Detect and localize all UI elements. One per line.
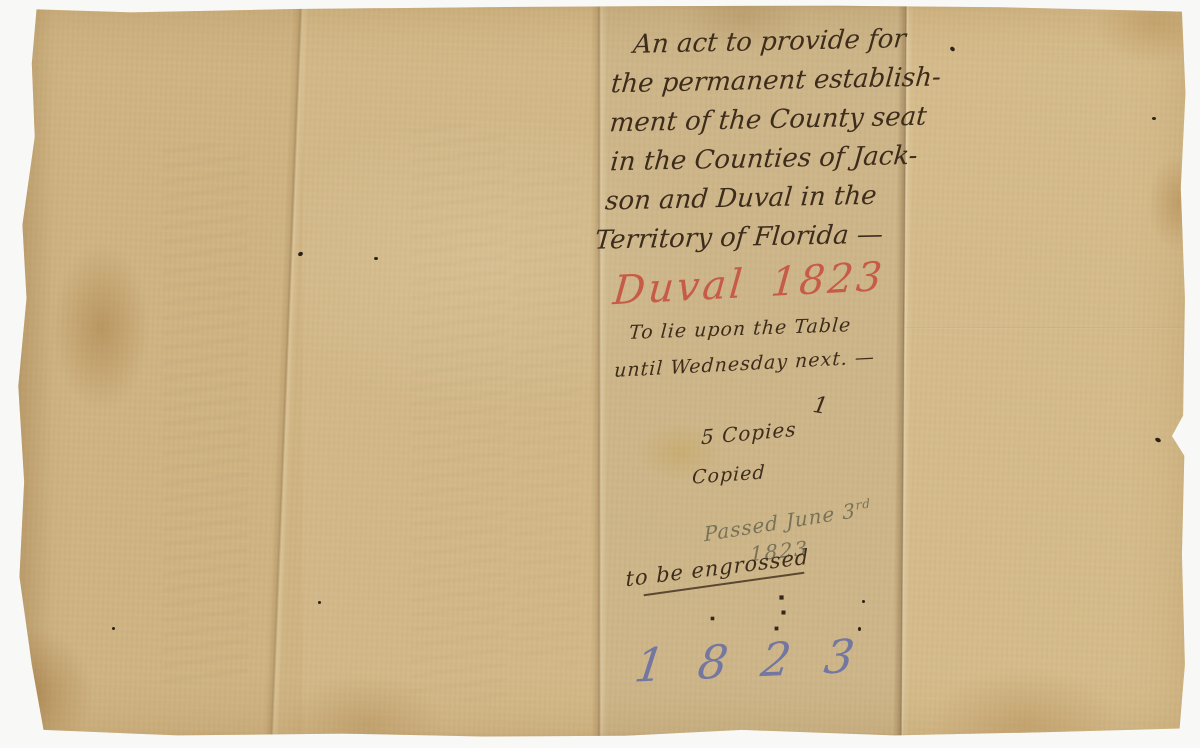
table-motion-note-line2: until Wednesday next. — — [614, 346, 876, 382]
ink-speck — [1152, 117, 1156, 120]
engross-note: to be engrossed — [625, 545, 809, 592]
red-note-word: Duval — [611, 261, 747, 314]
tally-mark: 1 — [811, 392, 830, 420]
docket-title-line: An act to provide for — [632, 19, 946, 65]
ink-speck — [297, 251, 303, 257]
passed-date-ordinal: rd — [855, 496, 871, 512]
docket-title: An act to provide for the permanent esta… — [593, 19, 945, 260]
bleedthrough-ghost-writing — [411, 125, 506, 700]
ink-speck — [1154, 437, 1161, 443]
ink-speck — [112, 627, 115, 630]
fold-crease-center — [591, 0, 607, 744]
red-ink-annotation: Duval1823 — [611, 254, 887, 315]
ink-speck — [374, 257, 378, 260]
ink-speck — [862, 600, 865, 603]
ink-speck — [949, 46, 955, 52]
docket-title-line: in the Counties of Jack- — [609, 137, 936, 183]
document-paper: An act to provide for the permanent esta… — [13, 5, 1189, 738]
fold-crease-left — [263, 0, 309, 744]
bottom-year-pencil: 1823 — [632, 627, 892, 692]
ink-speck — [318, 601, 321, 604]
photo-backdrop: An act to provide for the permanent esta… — [0, 0, 1200, 748]
table-motion-note-line1: To lie upon the Table — [628, 314, 852, 344]
horizontal-crease — [905, 327, 1183, 329]
docket-title-line: son and Duval in the — [603, 176, 932, 222]
copies-note: 5 Copies — [701, 417, 797, 449]
bleedthrough-ghost-writing — [513, 165, 581, 665]
bleedthrough-ghost-writing — [163, 145, 248, 685]
red-note-year: 1823 — [769, 254, 887, 306]
copied-note: Copied — [692, 461, 766, 488]
ink-dots — [13, 5, 14, 6]
